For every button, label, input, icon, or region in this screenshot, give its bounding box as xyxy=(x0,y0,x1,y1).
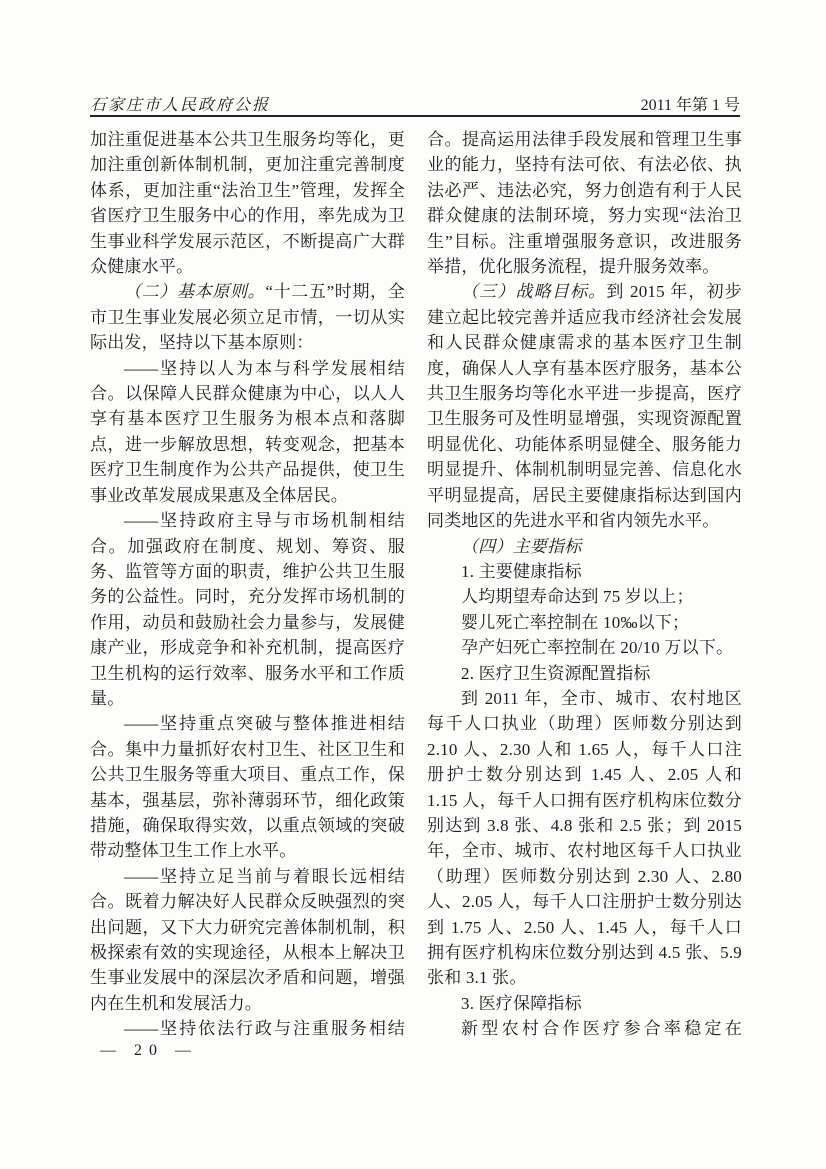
right-column: 合。提高运用法律手段发展和管理卫生事业的能力，坚持有法可依、有法必依、执法必严、… xyxy=(427,127,742,1042)
paragraph: ——坚持立足当前与着眼长远相结合。既着力解决好人民群众反映强烈的突出问题，又下大… xyxy=(90,864,405,1016)
paragraph: 人均期望寿命达到 75 岁以上； xyxy=(427,584,742,609)
paragraph: 新型农村合作医疗参合率稳定在 xyxy=(427,1016,742,1041)
section-heading: （三）战略目标。 xyxy=(461,282,606,301)
paragraph-with-section-heading: （三）战略目标。到 2015 年，初步建立起比较完善并适应我市经济社会发展和人民… xyxy=(427,279,742,533)
paragraph: 加注重促进基本公共卫生服务均等化，更加注重创新体制机制，更加注重完善制度体系，更… xyxy=(90,127,405,279)
paragraph: 3. 医疗保障指标 xyxy=(427,991,742,1016)
page-header: 石家庄市人民政府公报 2011 年第 1 号 xyxy=(90,92,740,115)
section-heading: （二）基本原则。 xyxy=(124,282,265,301)
paragraph: 婴儿死亡率控制在 10‰以下； xyxy=(427,610,742,635)
page-number: — 20 — xyxy=(100,1042,198,1060)
paragraph: 合。提高运用法律手段发展和管理卫生事业的能力，坚持有法可依、有法必依、执法必严、… xyxy=(427,127,742,279)
paragraph: ——坚持以人为本与科学发展相结合。以保障人民群众健康为中心，以人人享有基本医疗卫… xyxy=(90,356,405,508)
paragraph-with-section-heading: （四）主要指标 xyxy=(427,534,742,559)
gazette-page: 石家庄市人民政府公报 2011 年第 1 号 加注重促进基本公共卫生服务均等化，… xyxy=(0,0,826,1169)
left-column: 加注重促进基本公共卫生服务均等化，更加注重创新体制机制，更加注重完善制度体系，更… xyxy=(90,127,405,1042)
paragraph: 1. 主要健康指标 xyxy=(427,559,742,584)
paragraph-with-section-heading: （二）基本原则。“十二五”时期，全市卫生事业发展必须立足市情，一切从实际出发，坚… xyxy=(90,279,405,355)
paragraph: ——坚持政府主导与市场机制相结合。加强政府在制度、规划、筹资、服务、监管等方面的… xyxy=(90,508,405,711)
paragraph: 2. 医疗卫生资源配置指标 xyxy=(427,661,742,686)
document-body: 加注重促进基本公共卫生服务均等化，更加注重创新体制机制，更加注重完善制度体系，更… xyxy=(90,127,742,1042)
paragraph: 孕产妇死亡率控制在 20/10 万以下。 xyxy=(427,635,742,660)
paragraph: ——坚持依法行政与注重服务相结 xyxy=(90,1016,405,1041)
paragraph: ——坚持重点突破与整体推进相结合。集中力量抓好农村卫生、社区卫生和公共卫生服务等… xyxy=(90,711,405,863)
issue-number: 2011 年第 1 号 xyxy=(641,92,740,115)
publication-title: 石家庄市人民政府公报 xyxy=(90,92,270,115)
section-heading: （四）主要指标 xyxy=(461,537,581,556)
header-rule xyxy=(90,115,740,117)
paragraph: 到 2011 年，全市、城市、农村地区每千人口执业（助理）医师数分别达到 2.1… xyxy=(427,686,742,991)
